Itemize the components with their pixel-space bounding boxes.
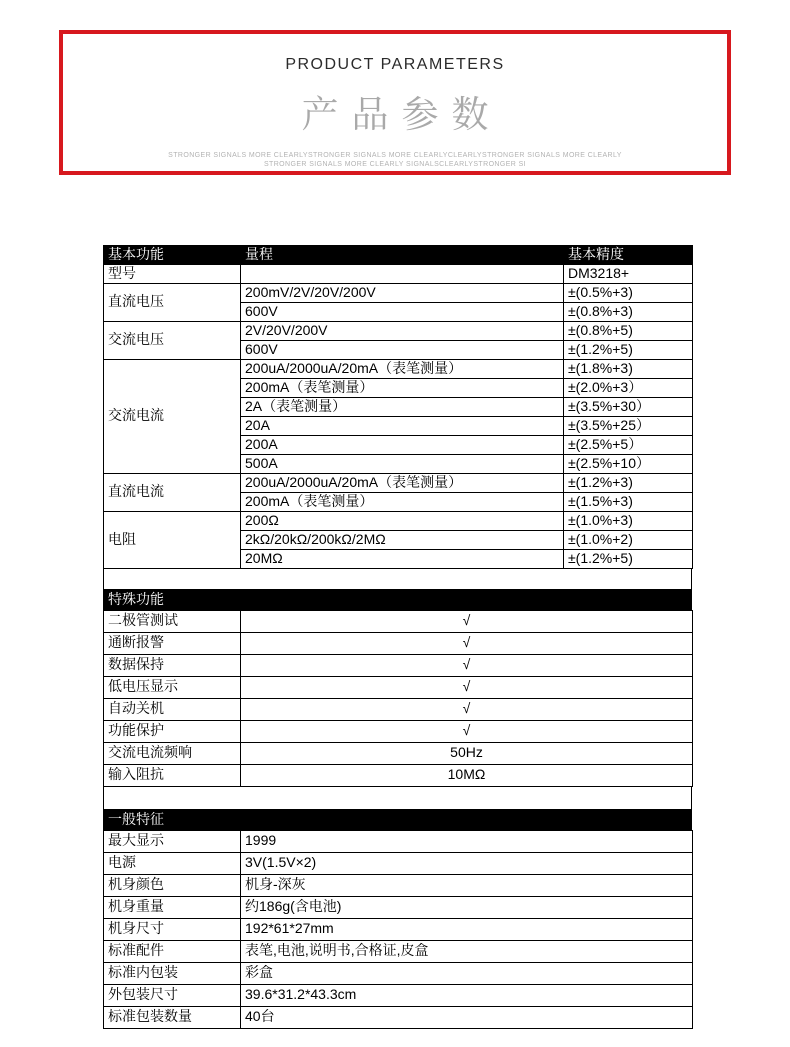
accuracy-cell: ±(3.5%+30） xyxy=(564,397,693,416)
banner-title-zh: 产品参数 xyxy=(289,84,502,138)
feature-value-cell: 50Hz xyxy=(241,742,693,764)
spec-value-cell: 39.6*31.2*43.3cm xyxy=(241,984,693,1006)
function-cell: 直流电流 xyxy=(104,473,241,511)
spec-tables: 基本功能 量程 基本精度 型号 DM3218+ 直流电压 200mV/2V/20… xyxy=(103,245,692,1029)
table-row: 外包装尺寸 39.6*31.2*43.3cm xyxy=(104,984,693,1006)
spec-value-cell: 机身-深灰 xyxy=(241,874,693,896)
table-row: 通断报警 √ xyxy=(104,632,693,654)
accuracy-cell: ±(0.5%+3) xyxy=(564,283,693,302)
table-row: 标准包装数量 40台 xyxy=(104,1006,693,1028)
accuracy-cell: ±(1.2%+3) xyxy=(564,473,693,492)
table-row: 交流电压 2V/20V/200V ±(0.8%+5) xyxy=(104,321,693,340)
table-row: 标准内包装 彩盒 xyxy=(104,962,693,984)
table-row: 电阻 200Ω ±(1.0%+3) xyxy=(104,511,693,530)
spec-value-cell: 40台 xyxy=(241,1006,693,1028)
table-row: 标准配件 表笔,电池,说明书,合格证,皮盒 xyxy=(104,940,693,962)
model-value-cell: DM3218+ xyxy=(564,264,693,283)
banner-title-en: PRODUCT PARAMETERS xyxy=(285,56,504,74)
feature-value-cell: √ xyxy=(241,654,693,676)
accuracy-cell: ±(1.0%+2) xyxy=(564,530,693,549)
table-row: 最大显示 1999 xyxy=(104,830,693,852)
accuracy-cell: ±(3.5%+25） xyxy=(564,416,693,435)
range-cell: 20A xyxy=(241,416,564,435)
special-functions-header: 特殊功能 xyxy=(103,589,692,610)
accuracy-cell: ±(1.8%+3) xyxy=(564,359,693,378)
product-parameters-page: PRODUCT PARAMETERS 产品参数 STRONGER SIGNALS… xyxy=(0,0,790,1047)
spec-label-cell: 机身尺寸 xyxy=(104,918,241,940)
feature-value-cell: √ xyxy=(241,632,693,654)
spec-value-cell: 约186g(含电池) xyxy=(241,896,693,918)
range-cell: 2kΩ/20kΩ/200kΩ/2MΩ xyxy=(241,530,564,549)
range-cell: 500A xyxy=(241,454,564,473)
table-row: 自动关机 √ xyxy=(104,698,693,720)
table-row: 交流电流频响 50Hz xyxy=(104,742,693,764)
model-label-cell: 型号 xyxy=(104,264,241,283)
feature-label-cell: 自动关机 xyxy=(104,698,241,720)
basic-specs-table: 基本功能 量程 基本精度 型号 DM3218+ 直流电压 200mV/2V/20… xyxy=(103,245,693,569)
spec-value-cell: 192*61*27mm xyxy=(241,918,693,940)
function-cell: 直流电压 xyxy=(104,283,241,321)
table-spacer xyxy=(103,569,692,589)
feature-label-cell: 通断报警 xyxy=(104,632,241,654)
table-row: 直流电流 200uA/2000uA/20mA（表笔测量） ±(1.2%+3) xyxy=(104,473,693,492)
accuracy-cell: ±(2.5%+10） xyxy=(564,454,693,473)
accuracy-cell: ±(2.0%+3） xyxy=(564,378,693,397)
accuracy-cell: ±(2.5%+5） xyxy=(564,435,693,454)
feature-value-cell: √ xyxy=(241,720,693,742)
banner-subtitle: STRONGER SIGNALS MORE CLEARLYSTRONGER SI… xyxy=(168,151,622,169)
table-spacer xyxy=(103,787,692,809)
spec-label-cell: 标准包装数量 xyxy=(104,1006,241,1028)
general-characteristics-table: 最大显示 1999 电源 3V(1.5V×2) 机身颜色 机身-深灰 机身重量 … xyxy=(103,830,693,1029)
function-cell: 交流电压 xyxy=(104,321,241,359)
range-cell: 600V xyxy=(241,340,564,359)
range-cell: 2V/20V/200V xyxy=(241,321,564,340)
feature-label-cell: 低电压显示 xyxy=(104,676,241,698)
basic-table-header-row: 基本功能 量程 基本精度 xyxy=(104,246,693,265)
col-header-basic-function: 基本功能 xyxy=(104,246,241,265)
accuracy-cell: ±(1.2%+5) xyxy=(564,340,693,359)
general-characteristics-header: 一般特征 xyxy=(103,809,692,830)
table-row: 二极管测试 √ xyxy=(104,610,693,632)
col-header-range: 量程 xyxy=(241,246,564,265)
accuracy-cell: ±(1.2%+5) xyxy=(564,549,693,568)
spec-value-cell: 3V(1.5V×2) xyxy=(241,852,693,874)
spec-label-cell: 电源 xyxy=(104,852,241,874)
function-cell: 电阻 xyxy=(104,511,241,568)
section-banner: PRODUCT PARAMETERS 产品参数 STRONGER SIGNALS… xyxy=(59,30,731,175)
special-functions-table: 二极管测试 √ 通断报警 √ 数据保持 √ 低电压显示 √ 自动关机 √ 功能保… xyxy=(103,610,693,787)
feature-label-cell: 输入阻抗 xyxy=(104,764,241,786)
spec-label-cell: 最大显示 xyxy=(104,830,241,852)
table-row: 机身颜色 机身-深灰 xyxy=(104,874,693,896)
table-row: 交流电流 200uA/2000uA/20mA（表笔测量） ±(1.8%+3) xyxy=(104,359,693,378)
feature-label-cell: 二极管测试 xyxy=(104,610,241,632)
model-empty-cell xyxy=(241,264,564,283)
feature-label-cell: 交流电流频响 xyxy=(104,742,241,764)
col-header-accuracy: 基本精度 xyxy=(564,246,693,265)
model-row: 型号 DM3218+ xyxy=(104,264,693,283)
range-cell: 200mA（表笔测量） xyxy=(241,378,564,397)
spec-label-cell: 标准配件 xyxy=(104,940,241,962)
range-cell: 200mA（表笔测量） xyxy=(241,492,564,511)
range-cell: 200uA/2000uA/20mA（表笔测量） xyxy=(241,359,564,378)
range-cell: 200mV/2V/20V/200V xyxy=(241,283,564,302)
spec-label-cell: 机身重量 xyxy=(104,896,241,918)
range-cell: 200Ω xyxy=(241,511,564,530)
banner-subtitle-line2: STRONGER SIGNALS MORE CLEARLY SIGNALSCLE… xyxy=(168,160,622,169)
function-cell: 交流电流 xyxy=(104,359,241,473)
spec-label-cell: 标准内包装 xyxy=(104,962,241,984)
feature-label-cell: 功能保护 xyxy=(104,720,241,742)
feature-value-cell: 10MΩ xyxy=(241,764,693,786)
range-cell: 2A（表笔测量） xyxy=(241,397,564,416)
table-row: 功能保护 √ xyxy=(104,720,693,742)
table-row: 机身重量 约186g(含电池) xyxy=(104,896,693,918)
feature-value-cell: √ xyxy=(241,698,693,720)
range-cell: 200uA/2000uA/20mA（表笔测量） xyxy=(241,473,564,492)
feature-value-cell: √ xyxy=(241,676,693,698)
table-row: 电源 3V(1.5V×2) xyxy=(104,852,693,874)
range-cell: 200A xyxy=(241,435,564,454)
feature-label-cell: 数据保持 xyxy=(104,654,241,676)
banner-subtitle-line1: STRONGER SIGNALS MORE CLEARLYSTRONGER SI… xyxy=(168,151,622,160)
spec-value-cell: 表笔,电池,说明书,合格证,皮盒 xyxy=(241,940,693,962)
range-cell: 600V xyxy=(241,302,564,321)
table-row: 机身尺寸 192*61*27mm xyxy=(104,918,693,940)
table-row: 数据保持 √ xyxy=(104,654,693,676)
accuracy-cell: ±(1.0%+3) xyxy=(564,511,693,530)
spec-label-cell: 机身颜色 xyxy=(104,874,241,896)
accuracy-cell: ±(1.5%+3) xyxy=(564,492,693,511)
feature-value-cell: √ xyxy=(241,610,693,632)
table-row: 直流电压 200mV/2V/20V/200V ±(0.5%+3) xyxy=(104,283,693,302)
spec-value-cell: 1999 xyxy=(241,830,693,852)
accuracy-cell: ±(0.8%+3) xyxy=(564,302,693,321)
accuracy-cell: ±(0.8%+5) xyxy=(564,321,693,340)
table-row: 输入阻抗 10MΩ xyxy=(104,764,693,786)
spec-label-cell: 外包装尺寸 xyxy=(104,984,241,1006)
spec-value-cell: 彩盒 xyxy=(241,962,693,984)
range-cell: 20MΩ xyxy=(241,549,564,568)
table-row: 低电压显示 √ xyxy=(104,676,693,698)
